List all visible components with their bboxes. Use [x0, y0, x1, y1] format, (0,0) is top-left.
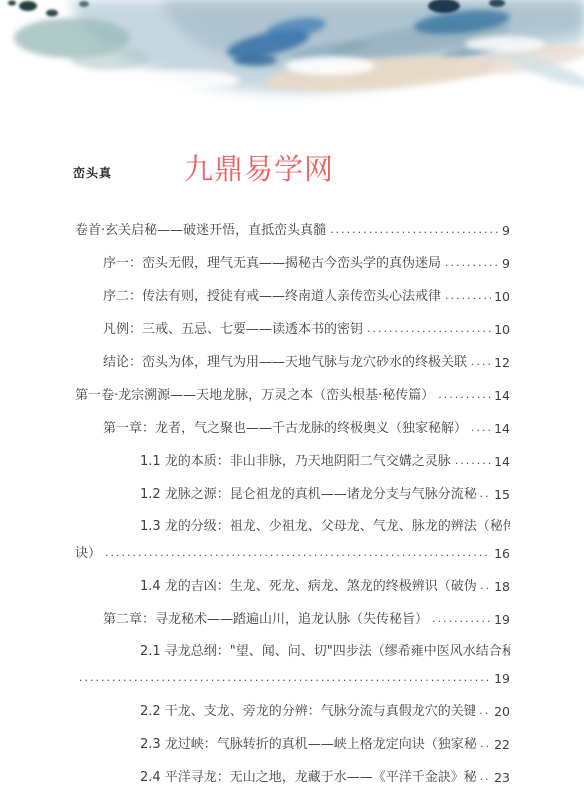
toc-row[interactable]: 2.2 干龙、支龙、旁龙的分辨：气脉分流与真假龙穴的关键............…	[0, 702, 510, 720]
toc-row[interactable]: 凡例：三戒、五忌、七要——读透本书的密钥....................…	[0, 320, 510, 338]
toc-leader-dots: ........................................…	[455, 452, 491, 469]
toc-row[interactable]: ........................................…	[0, 669, 510, 687]
doc-title: 峦头真	[73, 164, 112, 181]
toc-page-number: 14	[494, 387, 510, 404]
toc-row[interactable]: 结论：峦头为体，理气为用——天地气脉与龙穴砂水的终极关联............…	[0, 353, 510, 371]
toc-leader-dots: ........................................…	[438, 386, 491, 403]
toc-page-number: 15	[494, 486, 510, 503]
toc-leader-dots: ........................................…	[105, 544, 491, 561]
toc-leader-dots: ........................................…	[367, 320, 491, 337]
toc-entry-text: 第二章：寻龙秘术——踏遍山川，追龙认脉（失传秘旨）	[103, 611, 428, 628]
toc-leader-dots: ........................................…	[480, 485, 492, 502]
toc-row[interactable]: 1.4 龙的吉凶：生龙、死龙、病龙、煞龙的终极辨识（破伪篇）..........…	[0, 577, 510, 595]
toc-leader-dots: ........................................…	[432, 610, 491, 627]
toc-page-number: 18	[494, 578, 510, 595]
toc-row[interactable]: 第一卷·龙宗溯源——天地龙脉，万灵之本（峦头根基·秘传篇）...........…	[0, 386, 510, 404]
toc-page-number: 19	[494, 670, 510, 687]
toc-row[interactable]: 1.1 龙的本质：非山非脉，乃天地阴阳二气交媾之灵脉..............…	[0, 452, 510, 470]
toc-row[interactable]: 1.2 龙脉之源：昆仑祖龙的真机——诸龙分支与气脉分流秘旨...........…	[0, 485, 510, 503]
toc-page-number: 23	[494, 769, 510, 786]
toc-page-number: 14	[494, 420, 510, 437]
toc-entry-text: 1.2 龙脉之源：昆仑祖龙的真机——诸龙分支与气脉分流秘旨	[140, 486, 476, 503]
toc-entry-text: 2.2 干龙、支龙、旁龙的分辨：气脉分流与真假龙穴的关键	[140, 703, 475, 720]
toc-page-number: 9	[502, 222, 510, 239]
toc-page-number: 16	[494, 545, 510, 562]
toc-row[interactable]: 第二章：寻龙秘术——踏遍山川，追龙认脉（失传秘旨）...............…	[0, 610, 510, 628]
toc-entry-text: 卷首·玄关启秘——破迷开悟，直抵峦头真髓	[75, 222, 326, 239]
toc-page-number: 10	[494, 321, 510, 338]
toc-page-number: 22	[494, 736, 510, 753]
toc-entry-text: 凡例：三戒、五忌、七要——读透本书的密钥	[103, 321, 363, 338]
toc-row[interactable]: 卷首·玄关启秘——破迷开悟，直抵峦头真髓....................…	[0, 221, 510, 239]
toc-page-number: 10	[494, 288, 510, 305]
watermark-text: 九鼎易学网	[184, 147, 334, 188]
toc-entry-text: 第一卷·龙宗溯源——天地龙脉，万灵之本（峦头根基·秘传篇）	[75, 387, 434, 404]
toc-row[interactable]: 2.3 龙过峡：气脉转折的真机——峡上格龙定向诀（独家秘传）..........…	[0, 735, 510, 753]
toc-row[interactable]: 序二：传法有则，授徒有戒——终南道人亲传峦头心法戒律..............…	[0, 287, 510, 305]
toc-entry-text: 2.3 龙过峡：气脉转折的真机——峡上格龙定向诀（独家秘传）	[140, 736, 476, 753]
toc-row[interactable]: 1.3 龙的分级：祖龙、少祖龙、父母龙、气龙、脉龙的辨法（秘传口	[0, 518, 510, 535]
toc-entry-text: 第一章：龙者，气之聚也——千古龙脉的终极奥义（独家秘解）	[103, 420, 467, 437]
toc-page-number: 20	[494, 703, 510, 720]
toc-entry-text: 2.4 平洋寻龙：无山之地，龙藏于水——《平洋千金訣》秘解	[140, 769, 476, 786]
watercolor-header-image	[0, 0, 584, 118]
toc-page-number: 14	[494, 453, 510, 470]
toc-row[interactable]: 2.4 平洋寻龙：无山之地，龙藏于水——《平洋千金訣》秘解...........…	[0, 768, 510, 786]
toc-leader-dots: ........................................…	[445, 254, 499, 271]
toc-entry-text: 结论：峦头为体，理气为用——天地气脉与龙穴砂水的终极关联	[103, 354, 467, 371]
toc-leader-dots: ........................................…	[480, 735, 491, 752]
toc-row[interactable]: 2.1 寻龙总纲："望、闻、问、切"四步法（缪希雍中医风水结合秘传）	[0, 643, 510, 660]
toc-leader-dots: ........................................…	[480, 768, 492, 785]
toc-entry-text: 诀）	[75, 545, 101, 562]
toc-page-number: 12	[494, 354, 510, 371]
toc-entry-text: 序二：传法有则，授徒有戒——终南道人亲传峦头心法戒律	[103, 288, 441, 305]
toc-leader-dots: ........................................…	[330, 221, 499, 238]
toc-leader-dots: ........................................…	[471, 419, 491, 436]
toc-leader-dots: ........................................…	[471, 353, 491, 370]
toc-entry-text: 1.3 龙的分级：祖龙、少祖龙、父母龙、气龙、脉龙的辨法（秘传口	[140, 518, 510, 535]
toc-leader-dots: ........................................…	[479, 702, 491, 719]
toc-leader-dots: ........................................…	[445, 287, 491, 304]
toc-page-number: 9	[502, 255, 510, 272]
toc-row[interactable]: 第一章：龙者，气之聚也——千古龙脉的终极奥义（独家秘解）............…	[0, 419, 510, 437]
toc-entry-text: 2.1 寻龙总纲："望、闻、问、切"四步法（缪希雍中医风水结合秘传）	[140, 643, 510, 660]
toc-leader-dots: ........................................…	[480, 577, 491, 594]
toc-row[interactable]: 诀）......................................…	[0, 544, 510, 562]
table-of-contents: 卷首·玄关启秘——破迷开悟，直抵峦头真髓....................…	[0, 221, 510, 801]
toc-leader-dots: ........................................…	[79, 669, 491, 686]
toc-row[interactable]: 序一：峦头无假，理气无真——揭秘古今峦头学的真伪迷局..............…	[0, 254, 510, 272]
toc-entry-text: 1.4 龙的吉凶：生龙、死龙、病龙、煞龙的终极辨识（破伪篇）	[140, 578, 476, 595]
toc-page-number: 19	[494, 611, 510, 628]
toc-entry-text: 1.1 龙的本质：非山非脉，乃天地阴阳二气交媾之灵脉	[140, 453, 451, 470]
toc-entry-text: 序一：峦头无假，理气无真——揭秘古今峦头学的真伪迷局	[103, 255, 441, 272]
